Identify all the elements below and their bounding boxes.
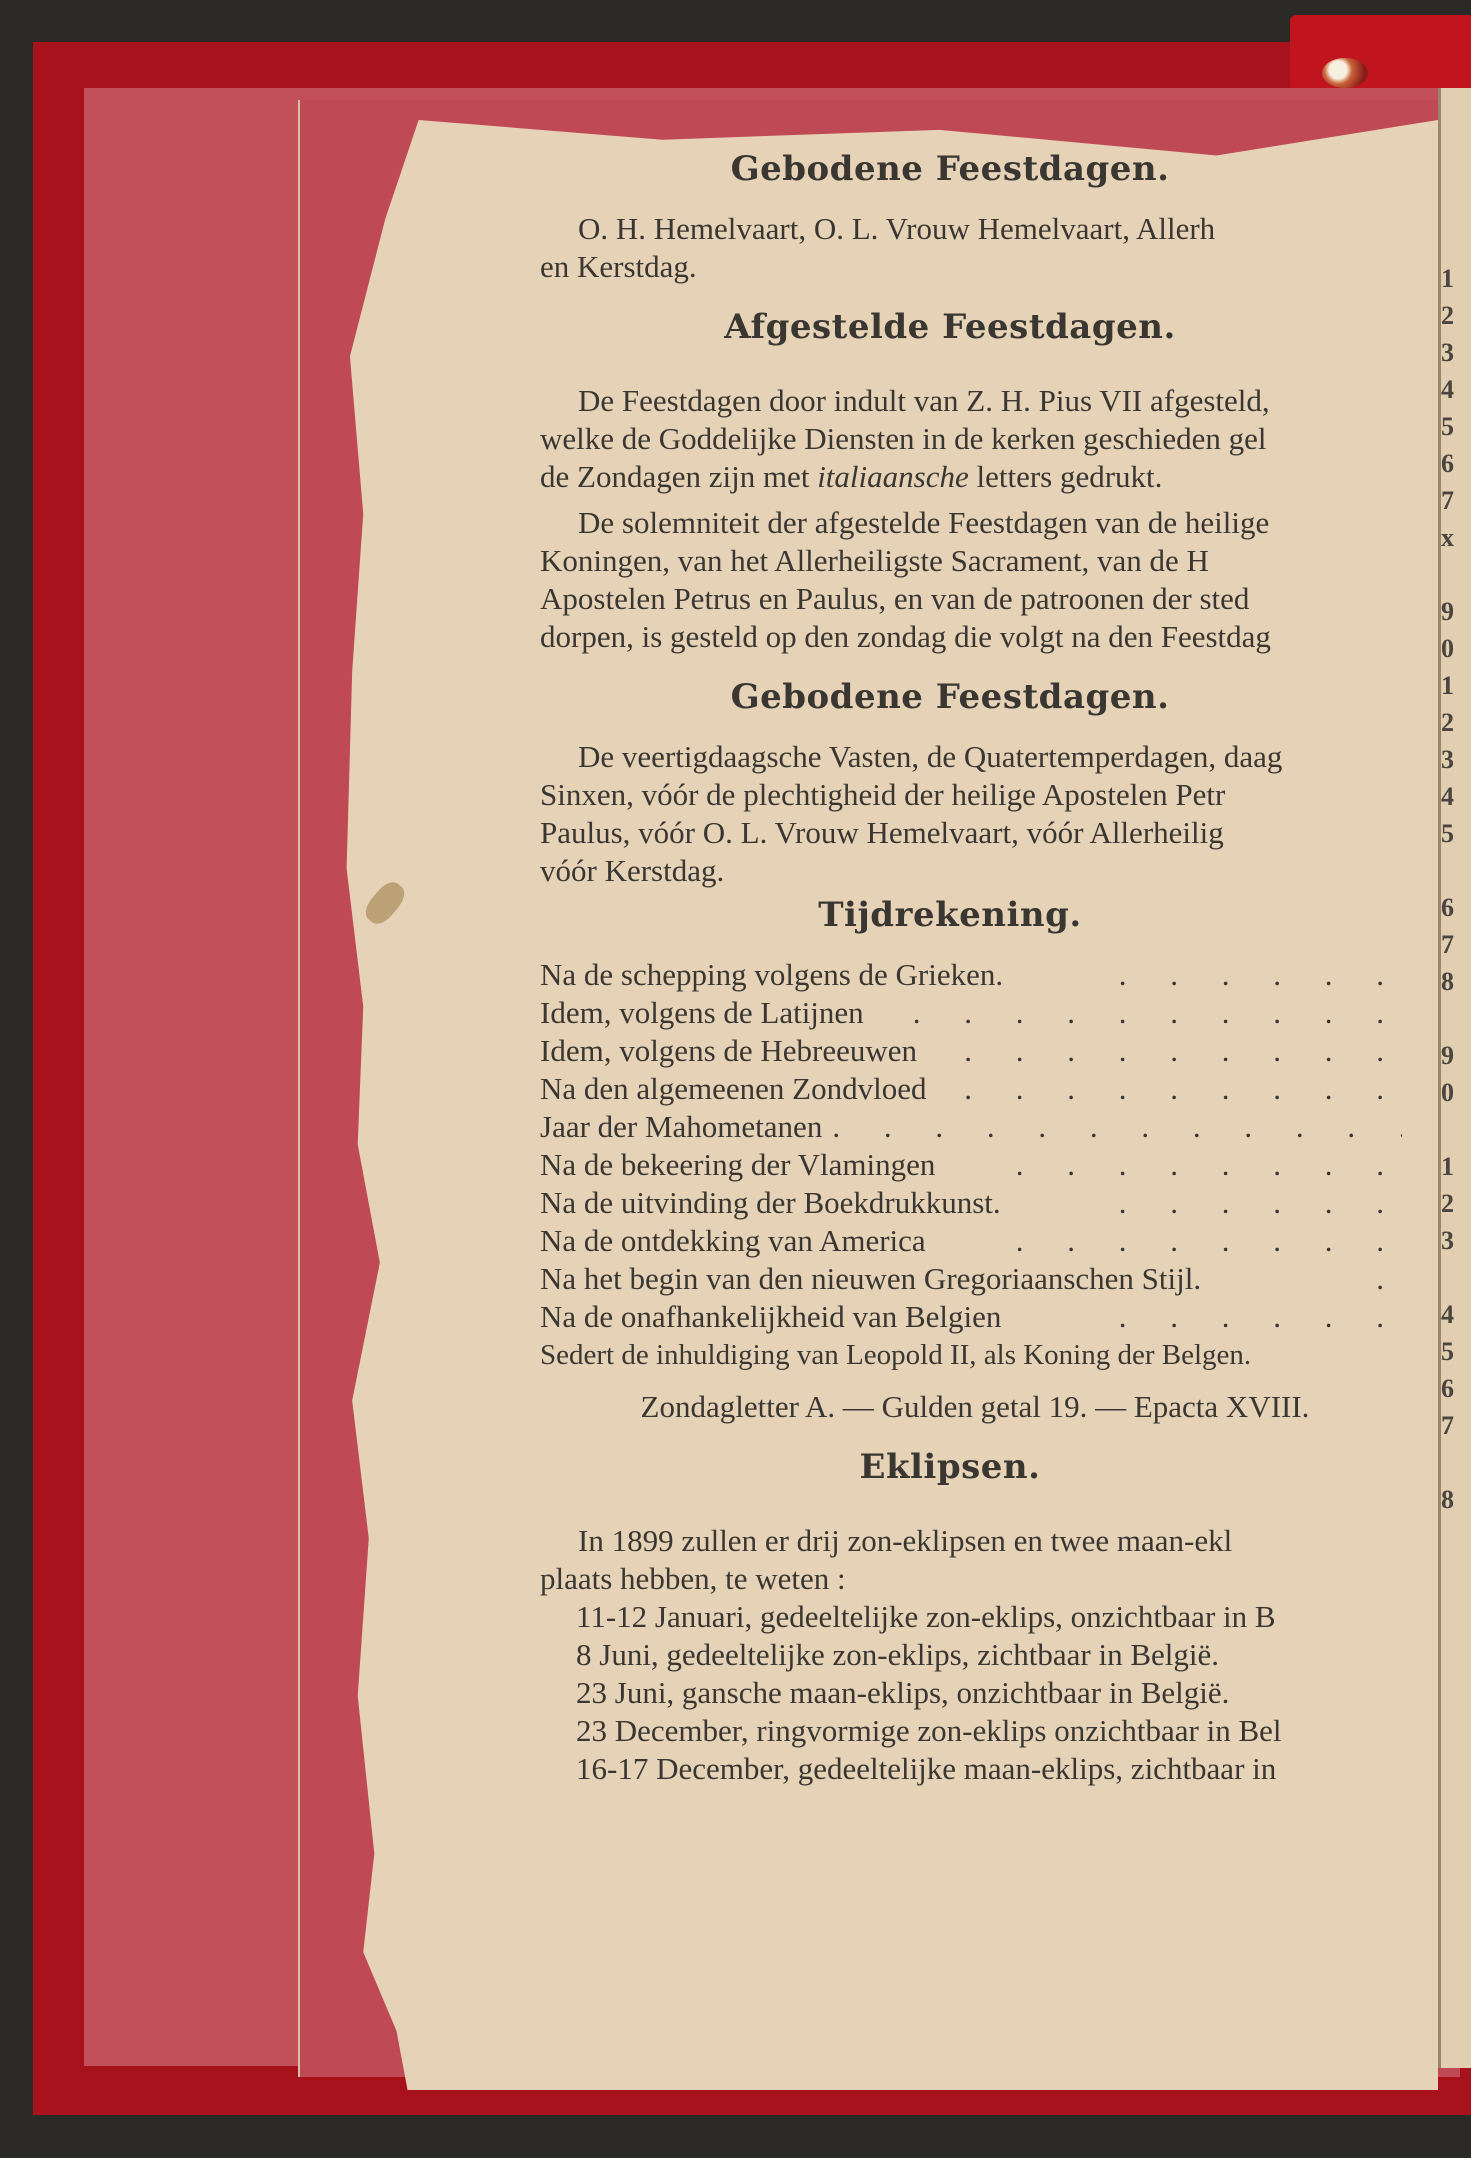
entry-label: Jaar der Mahometanen bbox=[540, 1108, 822, 1146]
adjacent-digit: 5 bbox=[1441, 408, 1471, 445]
section-heading: Tijdrekening. bbox=[540, 896, 1440, 934]
adjacent-digit: 4 bbox=[1441, 778, 1471, 815]
section-heading: Gebodene Feestdagen. bbox=[540, 678, 1440, 716]
leader-dots: . . . . . . bbox=[1013, 956, 1402, 994]
adjacent-digit: 7 bbox=[1441, 482, 1471, 519]
adjacent-digit bbox=[1441, 852, 1471, 889]
timeline-entry: Na de onafhankelijkheid van Belgien. . .… bbox=[540, 1298, 1440, 1336]
eclipse-list: 11-12 Januari, gedeeltelijke zon-eklips,… bbox=[540, 1598, 1440, 1788]
strap-bead bbox=[1322, 58, 1368, 88]
eclipse-entry: 8 Juni, gedeeltelijke zon-eklips, zichtb… bbox=[576, 1636, 1440, 1674]
text-line: vóór Kerstdag. bbox=[540, 852, 1440, 890]
entry-label: Idem, volgens de Hebreeuwen bbox=[540, 1032, 917, 1070]
adjacent-digit: 6 bbox=[1441, 1370, 1471, 1407]
text-line: Apostelen Petrus en Paulus, en van de pa… bbox=[540, 580, 1440, 618]
adjacent-digit: 0 bbox=[1441, 1074, 1471, 1111]
adjacent-digit: 2 bbox=[1441, 297, 1471, 334]
timeline-entry: Idem, volgens de Latijnen. . . . . . . .… bbox=[540, 994, 1440, 1032]
adjacent-digit: 9 bbox=[1441, 593, 1471, 630]
adjacent-digit: 8 bbox=[1441, 1481, 1471, 1518]
adjacent-digit: 3 bbox=[1441, 1222, 1471, 1259]
leader-dots: . bbox=[1211, 1260, 1402, 1298]
text-line: In 1899 zullen er drij zon-eklipsen en t… bbox=[540, 1522, 1440, 1560]
text-line: Koningen, van het Allerheiligste Sacrame… bbox=[540, 542, 1440, 580]
book-strap bbox=[1290, 15, 1471, 90]
adjacent-digit: 6 bbox=[1441, 445, 1471, 482]
adjacent-digit: 1 bbox=[1441, 260, 1471, 297]
leader-dots: . . . . . . . . . . . . bbox=[832, 1108, 1402, 1146]
adjacent-digit bbox=[1441, 1000, 1471, 1037]
calendar-footer: Zondagletter A. — Gulden getal 19. — Epa… bbox=[540, 1388, 1440, 1426]
leader-dots: . . . . . . . . . bbox=[937, 1070, 1403, 1108]
section-heading: Eklipsen. bbox=[540, 1448, 1440, 1486]
section-heading: Afgestelde Feestdagen. bbox=[540, 308, 1440, 346]
entry-label: Sedert de inhuldiging van Leopold II, al… bbox=[540, 1336, 1251, 1374]
entry-label: Na de bekeering der Vlamingen bbox=[540, 1146, 935, 1184]
entry-label: Na de onafhankelijkheid van Belgien bbox=[540, 1298, 1001, 1336]
leader-dots: . . . . . . . . . . bbox=[874, 994, 1402, 1032]
adjacent-digit bbox=[1441, 1111, 1471, 1148]
timeline-entry: Na de ontdekking van America. . . . . . … bbox=[540, 1222, 1440, 1260]
timeline-list: Na de schepping volgens de Grieken.. . .… bbox=[540, 956, 1440, 1374]
adjacent-digit: x bbox=[1441, 519, 1471, 556]
timeline-entry: Sedert de inhuldiging van Leopold II, al… bbox=[540, 1336, 1440, 1374]
adjacent-page-digits: 1234567x 9012345 678 90 123 4567 8 bbox=[1441, 260, 1471, 1518]
adjacent-digit: 1 bbox=[1441, 667, 1471, 704]
text-line: De solemniteit der afgestelde Feestdagen… bbox=[540, 504, 1440, 542]
text-line: Sinxen, vóór de plechtigheid der heilige… bbox=[540, 776, 1440, 814]
adjacent-digit: 3 bbox=[1441, 334, 1471, 371]
timeline-entry: Na den algemeenen Zondvloed. . . . . . .… bbox=[540, 1070, 1440, 1108]
text-line: Paulus, vóór O. L. Vrouw Hemelvaart, vóó… bbox=[540, 814, 1440, 852]
text-fragment: de Zondagen zijn met bbox=[540, 459, 809, 494]
entry-label: Na de schepping volgens de Grieken. bbox=[540, 956, 1003, 994]
page-content: Gebodene Feestdagen. O. H. Hemelvaart, O… bbox=[540, 150, 1440, 1788]
timeline-entry: Na de schepping volgens de Grieken.. . .… bbox=[540, 956, 1440, 994]
adjacent-digit: 2 bbox=[1441, 1185, 1471, 1222]
entry-label: Na de ontdekking van America bbox=[540, 1222, 926, 1260]
adjacent-digit: 9 bbox=[1441, 1037, 1471, 1074]
adjacent-digit: 6 bbox=[1441, 889, 1471, 926]
adjacent-digit: 2 bbox=[1441, 704, 1471, 741]
eclipse-entry: 11-12 Januari, gedeeltelijke zon-eklips,… bbox=[576, 1598, 1440, 1636]
adjacent-digit: 1 bbox=[1441, 1148, 1471, 1185]
adjacent-digit: 7 bbox=[1441, 1407, 1471, 1444]
eclipse-entry: 23 Juni, gansche maan-eklips, onzichtbaa… bbox=[576, 1674, 1440, 1712]
entry-label: Na het begin van den nieuwen Gregoriaans… bbox=[540, 1260, 1201, 1298]
entry-label: Na den algemeenen Zondvloed bbox=[540, 1070, 927, 1108]
timeline-entry: Na de bekeering der Vlamingen. . . . . .… bbox=[540, 1146, 1440, 1184]
paragraph: O. H. Hemelvaart, O. L. Vrouw Hemelvaart… bbox=[540, 210, 1440, 248]
leader-dots: . . . . . . bbox=[1011, 1184, 1402, 1222]
eclipse-entry: 23 December, ringvormige zon-eklips onzi… bbox=[576, 1712, 1440, 1750]
text-line: welke de Goddelijke Diensten in de kerke… bbox=[540, 420, 1440, 458]
adjacent-digit bbox=[1441, 1444, 1471, 1481]
adjacent-digit bbox=[1441, 556, 1471, 593]
timeline-entry: Jaar der Mahometanen. . . . . . . . . . … bbox=[540, 1108, 1440, 1146]
adjacent-digit: 5 bbox=[1441, 1333, 1471, 1370]
adjacent-digit: 7 bbox=[1441, 926, 1471, 963]
text-line: De Feestdagen door indult van Z. H. Pius… bbox=[540, 382, 1440, 420]
adjacent-digit: 5 bbox=[1441, 815, 1471, 852]
timeline-entry: Na het begin van den nieuwen Gregoriaans… bbox=[540, 1260, 1440, 1298]
leader-dots: . . . . . . . . bbox=[936, 1222, 1402, 1260]
timeline-entry: Idem, volgens de Hebreeuwen. . . . . . .… bbox=[540, 1032, 1440, 1070]
adjacent-digit: 4 bbox=[1441, 1296, 1471, 1333]
text-line: plaats hebben, te weten : bbox=[540, 1560, 1440, 1598]
leader-dots: . . . . . . bbox=[1011, 1298, 1402, 1336]
eclipse-entry: 16-17 December, gedeeltelijke maan-eklip… bbox=[576, 1750, 1440, 1788]
text-line: dorpen, is gesteld op den zondag die vol… bbox=[540, 618, 1440, 656]
leader-dots: . . . . . . . . bbox=[945, 1146, 1402, 1184]
text-line: De veertigdaagsche Vasten, de Quatertemp… bbox=[540, 738, 1440, 776]
adjacent-digit: 3 bbox=[1441, 741, 1471, 778]
paragraph: en Kerstdag. bbox=[540, 248, 1440, 286]
adjacent-digit: 8 bbox=[1441, 963, 1471, 1000]
adjacent-digit: 4 bbox=[1441, 371, 1471, 408]
entry-label: Na de uitvinding der Boekdrukkunst. bbox=[540, 1184, 1001, 1222]
italic-term: italiaansche bbox=[817, 459, 969, 494]
leader-dots: . . . . . . . . . bbox=[927, 1032, 1402, 1070]
timeline-entry: Na de uitvinding der Boekdrukkunst.. . .… bbox=[540, 1184, 1440, 1222]
adjacent-digit: 0 bbox=[1441, 630, 1471, 667]
text-fragment: letters gedrukt. bbox=[976, 459, 1162, 494]
section-heading: Gebodene Feestdagen. bbox=[540, 150, 1440, 188]
adjacent-digit bbox=[1441, 1259, 1471, 1296]
text-line: de Zondagen zijn met italiaansche letter… bbox=[540, 458, 1440, 496]
entry-label: Idem, volgens de Latijnen bbox=[540, 994, 864, 1032]
